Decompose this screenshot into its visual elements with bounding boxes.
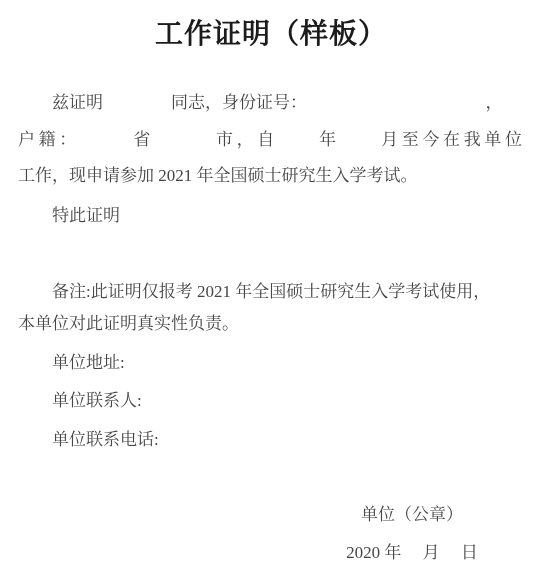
signature-date-line: 2020 年 月 日 [312,542,512,564]
note-line-1: 备注:此证明仅报考 2021 年全国硕士研究生入学考试使用， [18,281,522,303]
field-unit-phone: 单位联系电话: [18,429,522,451]
field-unit-address: 单位地址: [18,352,522,374]
field-unit-contact: 单位联系人: [18,390,522,412]
intro-line-3: 工作，现申请参加 2021 年全国硕士研究生入学考试。 [18,165,522,187]
document-title: 工作证明（样板） [0,12,542,52]
signature-seal-line: 单位（公章） [312,504,512,526]
work-certificate-page: 工作证明（样板） 兹证明 同志，身份证号： ， 户籍： 省 市，自 年 月至今在… [0,0,542,576]
intro-line-2: 户籍： 省 市，自 年 月至今在我单位 [18,129,522,151]
note-line-2: 本单位对此证明真实性负责。 [18,313,522,335]
attest-line: 特此证明 [18,205,522,227]
intro-line-1: 兹证明 同志，身份证号： ， [18,92,522,114]
